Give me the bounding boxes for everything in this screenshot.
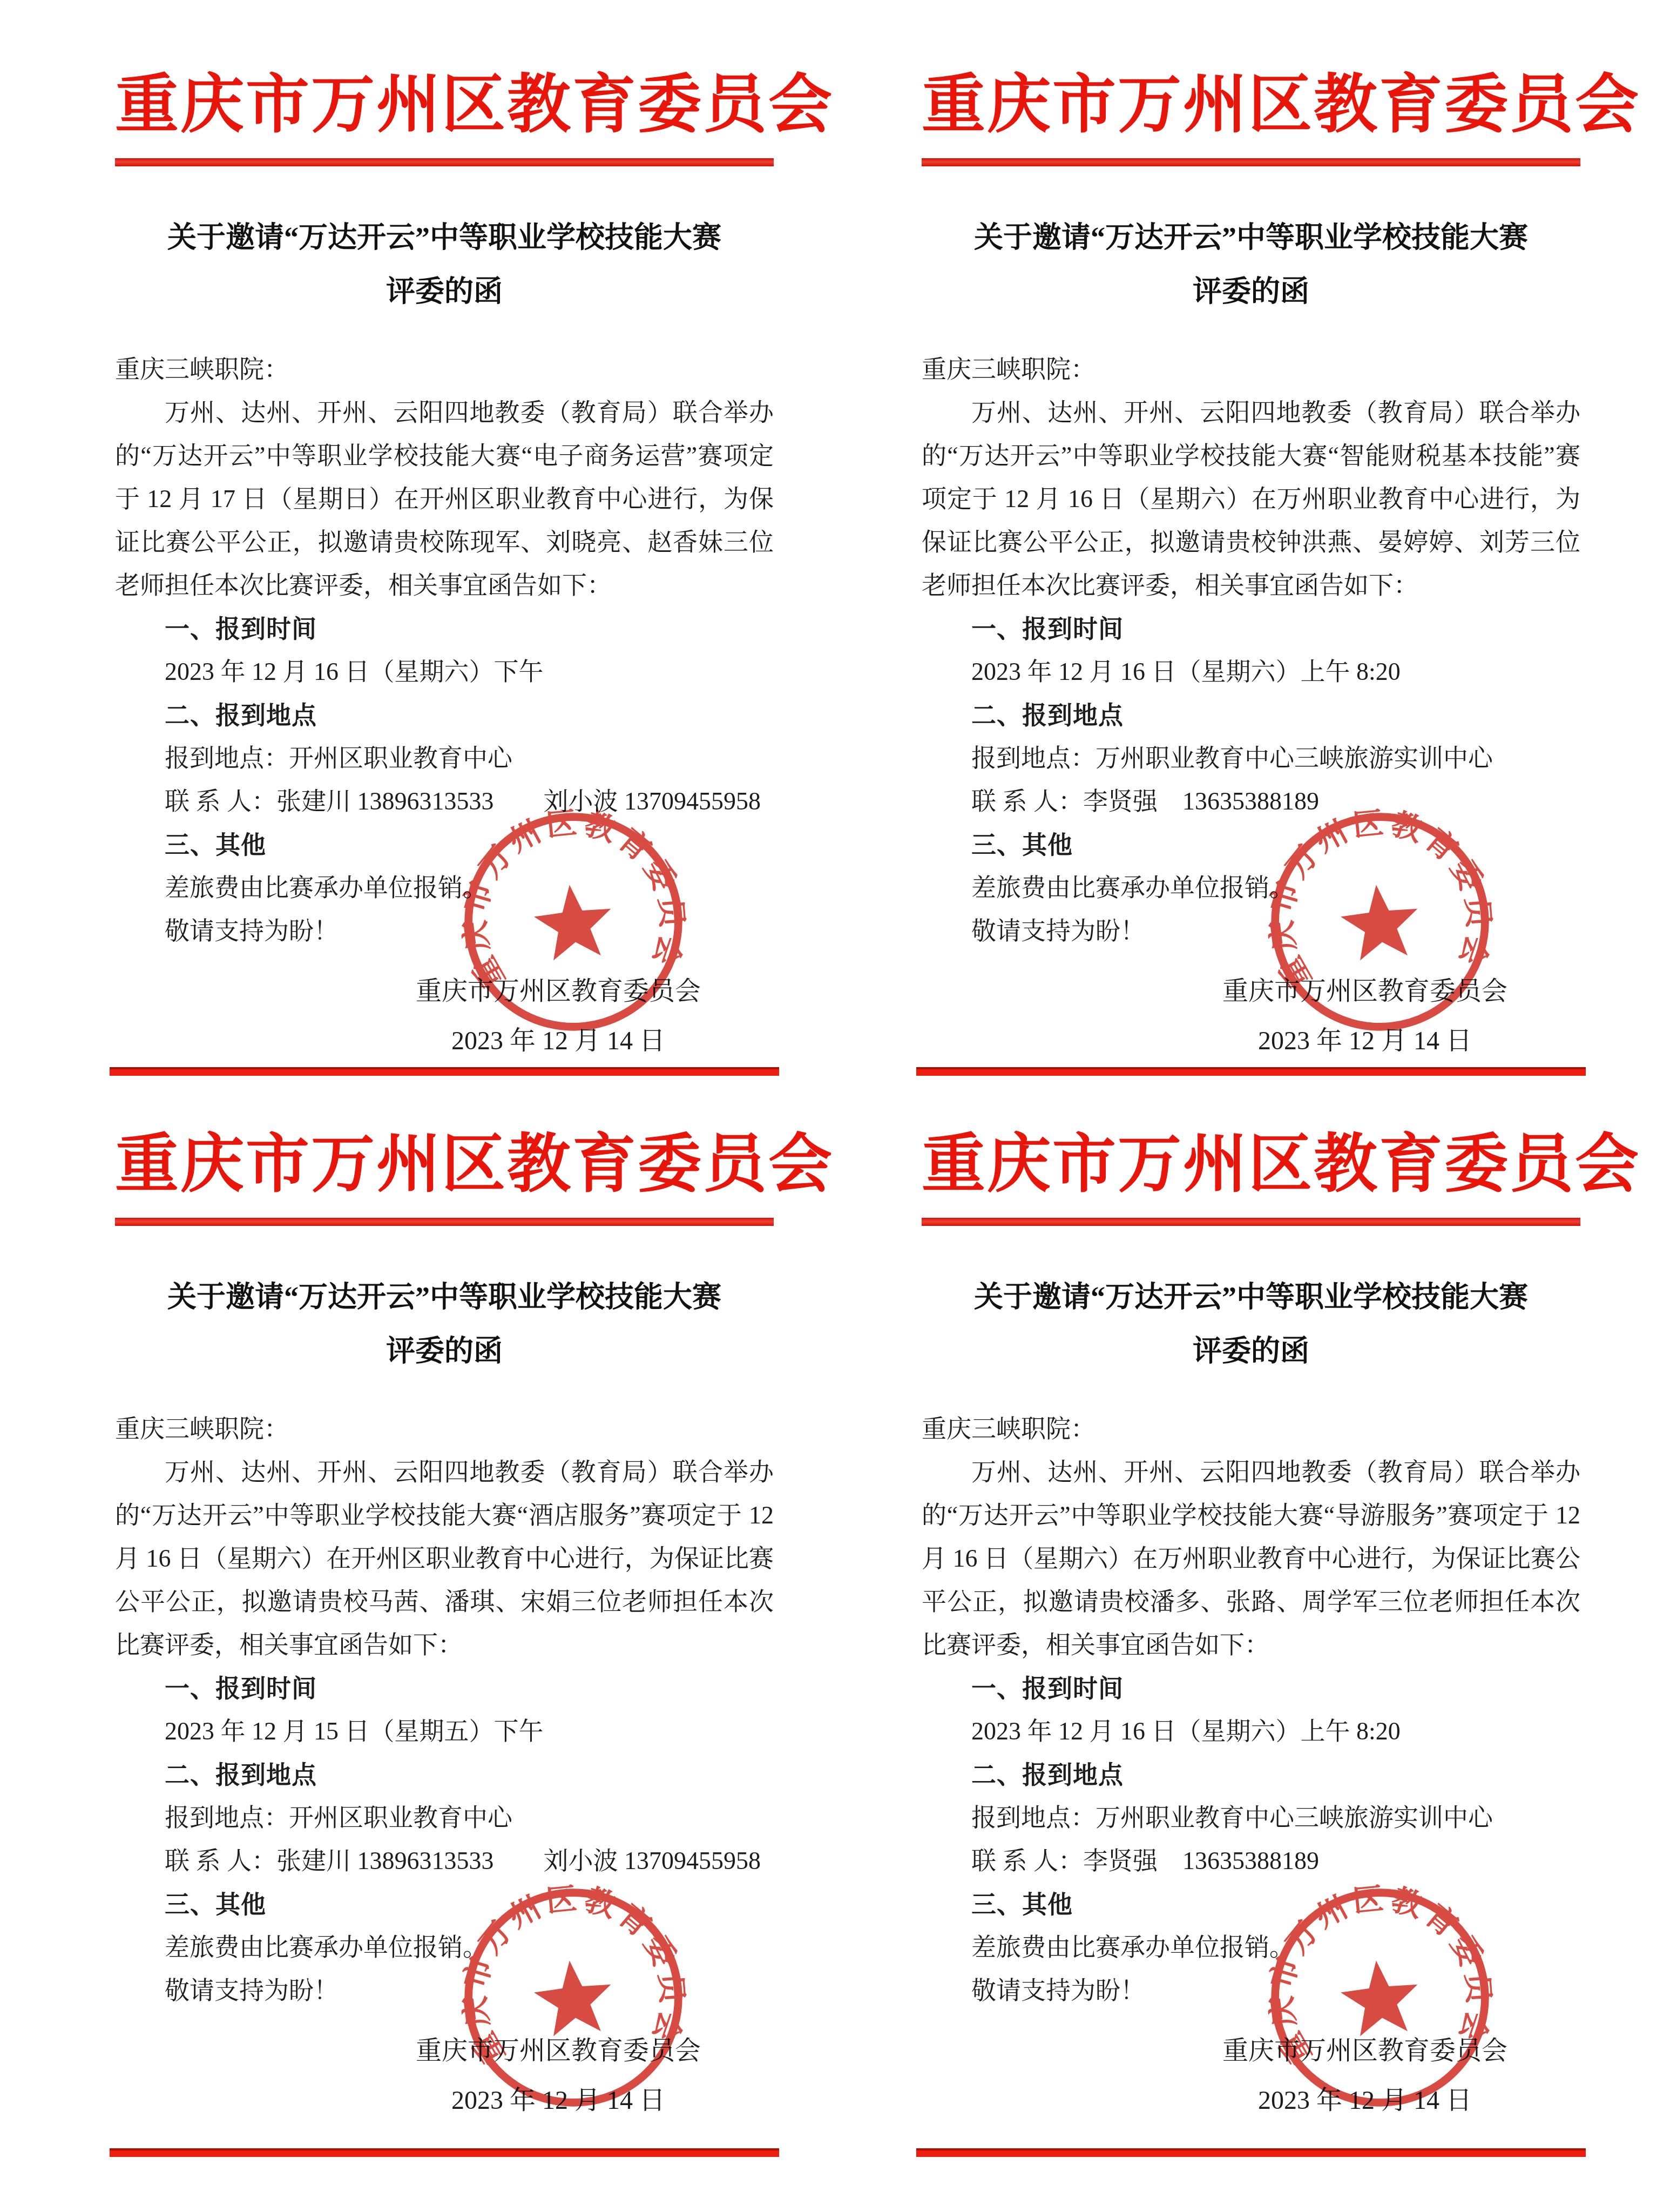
body-paragraph: 万州、达州、开州、云阳四地教委（教育局）联合举办的“万达开云”中等职业学校技能大… <box>922 391 1580 607</box>
document-title-line2: 评委的函 <box>115 265 774 319</box>
document-title: 关于邀请“万达开云”中等职业学校技能大赛 评委的函 <box>115 211 774 319</box>
document-title-line1: 关于邀请“万达开云”中等职业学校技能大赛 <box>115 1270 774 1324</box>
section1-label: 一、报到时间 <box>922 1667 1580 1710</box>
report-time: 2023 年 12 月 16 日（星期六）上午 8:20 <box>922 1710 1580 1753</box>
document-title: 关于邀请“万达开云”中等职业学校技能大赛 评委的函 <box>115 1270 774 1378</box>
letter-page-top-left: 重庆市万州区教育委员会 关于邀请“万达开云”中等职业学校技能大赛 评委的函 重庆… <box>110 0 779 1076</box>
letterhead-divider <box>115 1218 774 1226</box>
seal-star-icon <box>531 881 616 962</box>
report-place: 报到地点：开州区职业教育中心 <box>115 1796 774 1839</box>
report-place: 报到地点：万州职业教育中心三峡旅游实训中心 <box>922 1796 1580 1839</box>
letter-page-bottom-right: 重庆市万州区教育委员会 关于邀请“万达开云”中等职业学校技能大赛 评委的函 重庆… <box>916 1076 1586 2157</box>
body-paragraph: 万州、达州、开州、云阳四地教委（教育局）联合举办的“万达开云”中等职业学校技能大… <box>115 1451 774 1667</box>
body-paragraph: 万州、达州、开州、云阳四地教委（教育局）联合举办的“万达开云”中等职业学校技能大… <box>115 391 774 607</box>
section2-label: 二、报到地点 <box>115 1753 774 1796</box>
document-title: 关于邀请“万达开云”中等职业学校技能大赛 评委的函 <box>922 211 1580 319</box>
page-divider-bar <box>916 1067 1586 1076</box>
right-column: 重庆市万州区教育委员会 关于邀请“万达开云”中等职业学校技能大赛 评委的函 重庆… <box>916 0 1586 2157</box>
seal-star-icon <box>1338 881 1423 962</box>
letter-page-bottom-left: 重庆市万州区教育委员会 关于邀请“万达开云”中等职业学校技能大赛 评委的函 重庆… <box>110 1076 779 2157</box>
salutation: 重庆三峡职院： <box>115 348 774 391</box>
section1-label: 一、报到时间 <box>115 607 774 650</box>
section1-label: 一、报到时间 <box>922 607 1580 650</box>
document-title-line2: 评委的函 <box>115 1324 774 1378</box>
official-seal: 重庆市万州区教育委员会 <box>449 798 697 1046</box>
salutation: 重庆三峡职院： <box>922 1407 1580 1451</box>
official-seal: 重庆市万州区教育委员会 <box>449 1873 697 2121</box>
section1-label: 一、报到时间 <box>115 1667 774 1710</box>
report-time: 2023 年 12 月 16 日（星期六）上午 8:20 <box>922 650 1580 693</box>
letterhead-divider <box>115 158 774 166</box>
official-seal: 重庆市万州区教育委员会 <box>1256 1873 1504 2121</box>
letterhead-divider <box>922 1218 1580 1226</box>
body-paragraph: 万州、达州、开州、云阳四地教委（教育局）联合举办的“万达开云”中等职业学校技能大… <box>922 1451 1580 1667</box>
document-title-line2: 评委的函 <box>922 1324 1580 1378</box>
seal-star-icon <box>531 1957 616 2038</box>
letter-page-top-right: 重庆市万州区教育委员会 关于邀请“万达开云”中等职业学校技能大赛 评委的函 重庆… <box>916 0 1586 1076</box>
scanned-letters-sheet: 重庆市万州区教育委员会 关于邀请“万达开云”中等职业学校技能大赛 评委的函 重庆… <box>0 0 1677 2212</box>
section2-label: 二、报到地点 <box>922 693 1580 737</box>
page-divider-bar <box>916 2148 1586 2157</box>
document-title-line1: 关于邀请“万达开云”中等职业学校技能大赛 <box>922 1270 1580 1324</box>
report-time: 2023 年 12 月 15 日（星期五）下午 <box>115 1710 774 1753</box>
report-time: 2023 年 12 月 16 日（星期六）下午 <box>115 650 774 693</box>
report-place: 报到地点：开州区职业教育中心 <box>115 737 774 780</box>
seal-star-icon <box>1338 1957 1423 2038</box>
left-column: 重庆市万州区教育委员会 关于邀请“万达开云”中等职业学校技能大赛 评委的函 重庆… <box>110 0 779 2157</box>
contacts-line: 联 系 人：张建川 13896313533 刘小波 13709455958 <box>115 1839 774 1883</box>
letterhead-divider <box>922 158 1580 166</box>
letterhead-title: 重庆市万州区教育委员会 <box>922 64 1580 146</box>
document-title-line1: 关于邀请“万达开云”中等职业学校技能大赛 <box>115 211 774 265</box>
salutation: 重庆三峡职院： <box>115 1407 774 1451</box>
document-title-line2: 评委的函 <box>922 265 1580 319</box>
letterhead-title: 重庆市万州区教育委员会 <box>115 1123 774 1206</box>
letterhead-title: 重庆市万州区教育委员会 <box>115 64 774 146</box>
page-divider-bar <box>110 1067 779 1076</box>
section2-label: 二、报到地点 <box>115 693 774 737</box>
salutation: 重庆三峡职院： <box>922 348 1580 391</box>
report-place: 报到地点：万州职业教育中心三峡旅游实训中心 <box>922 737 1580 780</box>
letterhead-title: 重庆市万州区教育委员会 <box>922 1123 1580 1206</box>
document-title: 关于邀请“万达开云”中等职业学校技能大赛 评委的函 <box>922 1270 1580 1378</box>
section2-label: 二、报到地点 <box>922 1753 1580 1796</box>
document-title-line1: 关于邀请“万达开云”中等职业学校技能大赛 <box>922 211 1580 265</box>
page-divider-bar <box>110 2148 779 2157</box>
contacts-line: 联 系 人：李贤强 13635388189 <box>922 1839 1580 1883</box>
official-seal: 重庆市万州区教育委员会 <box>1256 798 1504 1046</box>
